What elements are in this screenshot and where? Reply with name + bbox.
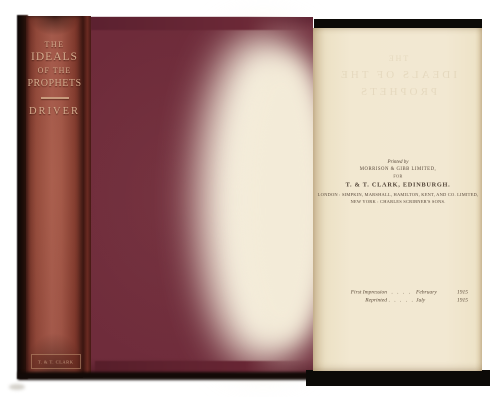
page-bottom-black-edge bbox=[306, 370, 490, 386]
title-page-verso: THE IDEALS OF THE PROPHETS Printed by MO… bbox=[313, 28, 482, 371]
spine-title-line: OF THE bbox=[26, 66, 83, 75]
book-spine: THE IDEALS OF THE PROPHETS DRIVER T. & T… bbox=[26, 16, 83, 378]
book-bottom-shadow bbox=[18, 372, 312, 380]
imprint-line: Printed by bbox=[313, 159, 483, 165]
impression-date: July 1915 bbox=[416, 296, 468, 304]
ghost-line: IDEALS OF THE bbox=[313, 69, 482, 82]
impression-year: 1915 bbox=[457, 296, 468, 304]
imprint-line: NEW YORK : CHARLES SCRIBNER'S SONS. bbox=[313, 199, 483, 204]
imprint-line: LONDON : SIMPKIN, MARSHALL, HAMILTON, KE… bbox=[313, 192, 483, 197]
impression-dot-leaders: . . . . bbox=[387, 288, 416, 296]
imprint-line-publisher: T. & T. CLARK, EDINBURGH. bbox=[313, 181, 483, 189]
spine-publisher-stamp-text: T. & T. CLARK bbox=[38, 359, 74, 364]
ghost-line: THE bbox=[313, 54, 482, 63]
spine-title-line: PROPHETS bbox=[26, 78, 83, 89]
impression-label: Reprinted bbox=[328, 296, 387, 304]
show-through-ghost-text: THE IDEALS OF THE PROPHETS bbox=[313, 54, 482, 98]
spine-hinge-groove bbox=[83, 16, 91, 377]
spine-author: DRIVER bbox=[26, 106, 83, 117]
spine-gold-rule bbox=[41, 97, 69, 99]
spine-title-line: IDEALS bbox=[26, 51, 83, 63]
faint-pencil-mark bbox=[9, 384, 25, 390]
impression-dates-block: First Impression . . . . February 1915 R… bbox=[323, 288, 473, 304]
spine-publisher-stamp: T. & T. CLARK bbox=[31, 354, 81, 369]
impression-month: February bbox=[416, 288, 437, 296]
cover-top-edge bbox=[91, 17, 307, 30]
impression-year: 1915 bbox=[457, 288, 468, 296]
spine-title-line: THE bbox=[26, 40, 83, 49]
impression-month: July bbox=[416, 296, 425, 304]
imprint-line: MORRISON & GIBB LIMITED, bbox=[313, 167, 483, 172]
spine-title-block: THE IDEALS OF THE PROPHETS DRIVER bbox=[26, 40, 83, 117]
imprint-line: FOR bbox=[313, 174, 483, 179]
printer-imprint-block: Printed by MORRISON & GIBB LIMITED, FOR … bbox=[313, 159, 483, 204]
impression-label: First Impression bbox=[328, 288, 387, 296]
impression-dot-leaders: . . . . . bbox=[387, 296, 416, 304]
ghost-line: PROPHETS bbox=[313, 86, 482, 99]
book-photograph: THE IDEALS OF THE PROPHETS DRIVER T. & T… bbox=[0, 0, 500, 397]
impression-row: Reprinted . . . . . July 1915 bbox=[323, 296, 473, 304]
impression-row: First Impression . . . . February 1915 bbox=[323, 288, 473, 296]
impression-date: February 1915 bbox=[416, 288, 468, 296]
